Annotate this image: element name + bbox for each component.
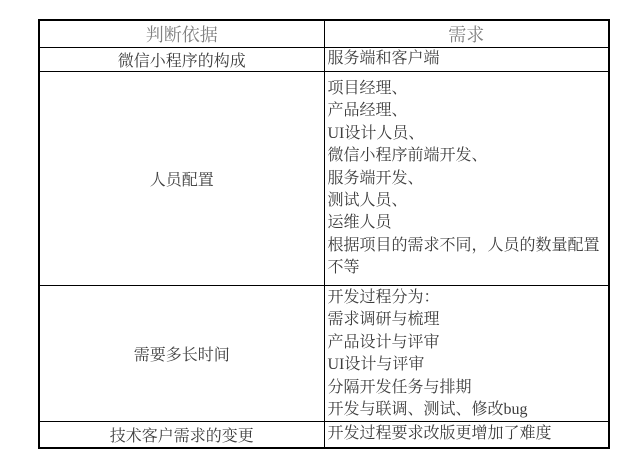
requirement-line: 开发与联调、测试、修改bug xyxy=(328,399,607,421)
table-row: 人员配置 项目经理、 产品经理、 UI设计人员、 微信小程序前端开发、 服务端开… xyxy=(39,72,609,286)
requirement-line: 运维人员 xyxy=(328,212,607,234)
requirement-cell: 项目经理、 产品经理、 UI设计人员、 微信小程序前端开发、 服务端开发、 测试… xyxy=(324,72,609,286)
basis-cell: 需要多长时间 xyxy=(39,286,324,422)
requirement-line: 服务端和客户端 xyxy=(328,48,607,70)
column-header-requirement: 需求 xyxy=(324,20,609,48)
requirements-table: 判断依据 需求 微信小程序的构成 服务端和客户端 人员配置 项目经理、 产品经理… xyxy=(38,19,610,449)
table-row: 技术客户需求的变更 开发过程要求改版更增加了难度 xyxy=(39,422,609,448)
requirement-line: UI设计人员、 xyxy=(328,123,607,145)
basis-cell: 技术客户需求的变更 xyxy=(39,422,324,448)
header-row: 判断依据 需求 xyxy=(39,20,609,48)
table-row: 微信小程序的构成 服务端和客户端 xyxy=(39,48,609,72)
requirement-line: 产品经理、 xyxy=(328,100,607,122)
basis-cell: 微信小程序的构成 xyxy=(39,48,324,72)
requirement-line: 测试人员、 xyxy=(328,190,607,212)
requirement-cell: 服务端和客户端 xyxy=(324,48,609,72)
requirement-line: 需求调研与梳理 xyxy=(328,309,607,331)
requirement-line: 项目经理、 xyxy=(328,78,607,100)
requirement-line: 分隔开发任务与排期 xyxy=(328,377,607,399)
requirement-line: 开发过程要求改版更增加了难度 xyxy=(328,423,607,445)
requirement-line: UI设计与评审 xyxy=(328,354,607,376)
column-header-basis: 判断依据 xyxy=(39,20,324,48)
table-row: 需要多长时间 开发过程分为： 需求调研与梳理 产品设计与评审 UI设计与评审 分… xyxy=(39,286,609,422)
requirement-line: 根据项目的需求不同，人员的数量配置不等 xyxy=(328,235,607,280)
basis-cell: 人员配置 xyxy=(39,72,324,286)
requirement-line: 服务端开发、 xyxy=(328,168,607,190)
requirement-cell: 开发过程分为： 需求调研与梳理 产品设计与评审 UI设计与评审 分隔开发任务与排… xyxy=(324,286,609,422)
requirement-line: 微信小程序前端开发、 xyxy=(328,145,607,167)
requirement-cell: 开发过程要求改版更增加了难度 xyxy=(324,422,609,448)
requirement-line: 产品设计与评审 xyxy=(328,332,607,354)
requirement-line: 开发过程分为： xyxy=(328,287,607,309)
